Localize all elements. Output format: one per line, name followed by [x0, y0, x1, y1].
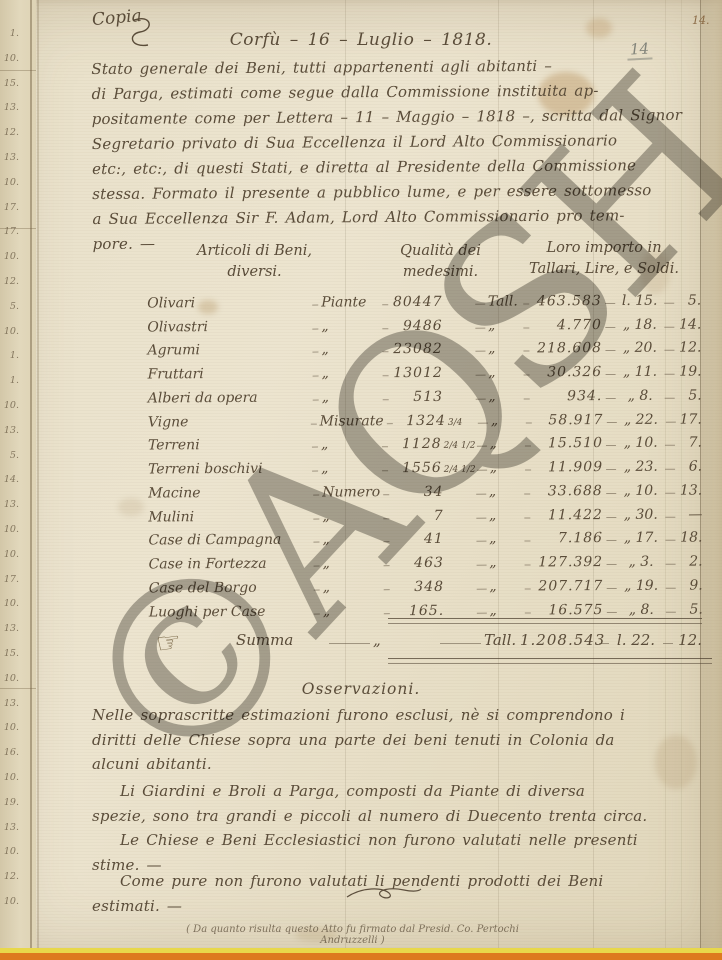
leader-line — [605, 374, 615, 375]
quantity-fraction — [443, 309, 472, 312]
margin-number: 10. — [0, 326, 22, 351]
table-row: Terreni „ 11282/4 1/2 „ 15.510 „ 10. 7. — [148, 429, 702, 456]
quantity-fraction — [444, 570, 473, 573]
table-row: Vigne Misurate 13243/4 „ 58.917 „ 22. 17… — [148, 405, 702, 432]
leader-line — [665, 326, 675, 327]
unit: „ — [322, 509, 380, 526]
currency-mark: „ — [488, 389, 521, 406]
margin-number: 17. — [0, 226, 22, 251]
unit: „ — [321, 461, 379, 478]
value-lire: „ 10. — [619, 484, 663, 501]
leader-line — [312, 447, 318, 448]
margin-number: 15. — [0, 78, 22, 103]
osservazioni-paragraph-2: Li Giardini e Broli a Parga, composti da… — [92, 782, 672, 831]
quantity: 34 — [392, 485, 443, 502]
leader-line — [666, 469, 676, 470]
margin-number: 1. — [0, 350, 22, 375]
preamble-text: Stato generale dei Beni, tutti appartene… — [91, 56, 670, 260]
value-tallari: 7.186 — [534, 531, 603, 548]
leader-line — [525, 564, 531, 565]
quantity-fraction — [444, 546, 473, 549]
value-soldi: 2. — [679, 555, 703, 572]
unit: „ — [321, 437, 379, 454]
margin-number: 5. — [0, 301, 22, 326]
value-soldi: 9. — [679, 578, 703, 595]
leader-line — [605, 303, 615, 304]
value-soldi: 19. — [678, 365, 702, 382]
leader-line — [383, 351, 389, 352]
leader-line — [525, 446, 531, 447]
currency-mark: „ — [491, 413, 523, 430]
summa-currency-mark: Tall. — [484, 633, 520, 651]
value-lire: „ 30. — [619, 507, 663, 524]
leader-line — [312, 328, 318, 329]
leader-line — [525, 588, 531, 589]
value-tallari: 463.583 — [533, 294, 602, 311]
margin-number: 10. — [0, 177, 22, 202]
unit: „ — [321, 342, 379, 359]
margin-number: 17. — [0, 202, 22, 227]
article-name: Case del Borgo — [149, 580, 311, 598]
page-right-edge — [700, 0, 722, 960]
value-soldi: 12. — [678, 341, 702, 358]
leader-line — [314, 542, 320, 543]
paragraph-line: Li Giardini e Broli a Parga, composti da… — [92, 782, 672, 807]
leader-line — [312, 304, 318, 305]
quantity-fraction — [443, 380, 472, 383]
currency-mark: „ — [490, 437, 523, 454]
leader-line — [383, 328, 389, 329]
quantity: 7 — [393, 508, 444, 525]
article-name: Agrumi — [147, 343, 309, 361]
paragraph-line: diritti delle Chiese sopra una parte dei… — [92, 731, 672, 756]
binding-line — [30, 0, 32, 960]
summa-row: Summa „ Tall. 1.208.543 l. 22. 12. — [148, 625, 702, 651]
column-header-articles: Articoli di Beni, diversi. — [152, 243, 357, 285]
unit: „ — [322, 390, 380, 407]
article-name: Macine — [148, 485, 310, 503]
value-lire: l. 15. — [618, 294, 662, 311]
leader-line — [476, 612, 486, 613]
leader-line — [313, 518, 319, 519]
margin-number: 10. — [0, 251, 22, 276]
value-tallari: 127.392 — [534, 555, 603, 572]
leader-line — [524, 303, 530, 304]
margin-number: 10. — [0, 524, 22, 549]
unit: „ — [321, 319, 379, 336]
document-title: Corfù – 16 – Luglio – 1818. — [0, 30, 722, 50]
margin-number: 17. — [0, 574, 22, 599]
margin-number: 13. — [0, 698, 22, 723]
leader-line — [476, 517, 486, 518]
page-number-ink: 14. — [692, 14, 710, 27]
currency-mark: Tall. — [488, 294, 521, 311]
margin-number: 12. — [0, 127, 22, 152]
quantity-fraction: 3/4 — [446, 418, 475, 430]
margin-numbers: 1.10.15.13.12.13.10.17.17.10.12.5.10.1.1… — [0, 28, 22, 921]
quantity: 1128 — [391, 437, 442, 454]
currency-mark: „ — [489, 579, 522, 596]
value-lire: „ 18. — [618, 317, 662, 334]
quantity-fraction — [443, 404, 472, 407]
table-row: Mulini „ 7 „ 11.422 „ 30. — — [148, 500, 702, 527]
leader-line — [666, 492, 676, 493]
table-row: Macine Numero 34 „ 33.688 „ 10. 13. — [148, 477, 702, 504]
quantity: 80447 — [391, 295, 442, 312]
unit: Misurate — [320, 414, 384, 431]
unit: Piante — [321, 295, 379, 312]
header-line: medesimi. — [378, 264, 503, 285]
margin-number: 19. — [0, 797, 22, 822]
quantity: 13012 — [392, 366, 443, 383]
leader-line — [312, 471, 318, 472]
value-tallari: 11.909 — [534, 460, 603, 477]
article-name: Case in Fortezza — [149, 557, 311, 575]
sum-rule-top — [388, 618, 702, 624]
goods-table: Olivari Piante 80447 Tall. 463.583 l. 15… — [147, 287, 703, 622]
table-row: Case del Borgo „ 348 „ 207.717 „ 19. 9. — [149, 572, 703, 599]
unit: „ — [323, 556, 381, 573]
leader-line — [524, 351, 530, 352]
article-name: Luoghi per Case — [149, 604, 311, 622]
leader-line — [476, 565, 486, 566]
leader-line — [313, 352, 319, 353]
currency-mark: „ — [490, 460, 523, 477]
leader-line — [665, 421, 675, 422]
currency-mark: „ — [488, 365, 521, 382]
binding-line-2 — [37, 0, 39, 960]
quantity: 1556 — [391, 461, 442, 478]
leader-line — [313, 376, 319, 377]
leader-line — [606, 469, 616, 470]
article-name: Alberi da opera — [148, 390, 310, 408]
quantity-fraction — [444, 499, 473, 502]
value-tallari: 11.422 — [534, 508, 603, 525]
value-soldi: 13. — [678, 483, 702, 500]
paragraph-line: spezie, sono tra grandi e piccoli al num… — [92, 807, 672, 832]
leader-line — [605, 327, 615, 328]
currency-mark: „ — [488, 342, 521, 359]
closing-flourish — [344, 884, 424, 904]
leader-line — [475, 375, 485, 376]
article-name: Fruttari — [148, 367, 310, 385]
leader-line — [477, 446, 487, 447]
leader-line — [476, 493, 486, 494]
value-soldi: 7. — [678, 436, 702, 453]
value-lire: „ 3. — [619, 555, 663, 572]
paragraph-line: Le Chiese e Beni Ecclesiastici non furon… — [92, 831, 672, 856]
table-row: Terreni boschivi „ 15562/4 1/2 „ 11.909 … — [148, 453, 702, 480]
table-row: Agrumi „ 23082 „ 218.608 „ 20. 12. — [147, 334, 701, 361]
margin-number: 10. — [0, 896, 22, 921]
quantity: 463 — [393, 556, 444, 573]
leader-line — [525, 493, 531, 494]
leader-line — [387, 423, 393, 424]
margin-number: 14. — [0, 474, 22, 499]
pencil-footnote: ( Da quanto risulta questo Atto fu firma… — [180, 924, 525, 946]
leader-line — [665, 445, 675, 446]
quantity-fraction: 2/4 1/2 — [442, 466, 474, 478]
leader-line — [606, 564, 616, 565]
value-tallari: 58.917 — [535, 413, 603, 430]
article-name: Mulini — [148, 509, 310, 527]
table-row: Olivari Piante 80447 Tall. 463.583 l. 15… — [147, 287, 701, 314]
summa-value-soldi: 12. — [676, 633, 702, 651]
value-soldi: 6. — [679, 460, 703, 477]
margin-number: 10. — [0, 549, 22, 574]
value-lire: „ 22. — [619, 412, 662, 429]
unit: „ — [323, 580, 381, 597]
osservazioni-heading: Osservazioni. — [0, 680, 722, 698]
leader-line — [606, 611, 616, 612]
value-soldi: 18. — [679, 531, 703, 548]
leader-line — [666, 516, 676, 517]
leader-line — [475, 303, 485, 304]
leader-line — [525, 612, 531, 613]
quantity-fraction: 2/4 1/2 — [442, 442, 474, 454]
margin-number: 10. — [0, 772, 22, 797]
leader-line — [384, 565, 390, 566]
leader-line — [477, 470, 487, 471]
value-soldi: — — [679, 507, 703, 524]
leader-line — [606, 540, 616, 541]
margin-number: 15. — [0, 648, 22, 673]
leader-line — [666, 611, 676, 612]
unit: „ — [322, 532, 380, 549]
value-lire: „ 8. — [619, 602, 663, 619]
leader-line — [314, 613, 320, 614]
margin-number: 13. — [0, 102, 22, 127]
article-name: Olivastri — [147, 319, 309, 337]
margin-number: 10. — [0, 400, 22, 425]
header-line: Loro importo in — [505, 240, 703, 261]
leader-line — [525, 517, 531, 518]
quantity-fraction — [443, 356, 472, 359]
leader-line — [475, 398, 485, 399]
leader-line — [329, 643, 370, 644]
article-name: Terreni — [148, 438, 309, 456]
leader-line — [476, 541, 486, 542]
leader-line — [475, 327, 485, 328]
leader-line — [440, 643, 481, 644]
leader-line — [526, 422, 532, 423]
leader-line — [524, 374, 530, 375]
unit: „ — [323, 604, 381, 621]
unit: „ — [322, 366, 380, 383]
leader-line — [382, 470, 388, 471]
leader-line — [383, 304, 389, 305]
value-soldi: 17. — [678, 412, 701, 429]
value-lire: „ 20. — [618, 341, 662, 358]
value-soldi: 5. — [677, 293, 701, 310]
currency-mark: „ — [489, 508, 522, 525]
summa-value-tallari: 1.208.543 — [520, 633, 596, 651]
leader-line — [311, 423, 317, 424]
leader-line — [524, 398, 530, 399]
leader-line — [383, 399, 389, 400]
leader-line — [476, 588, 486, 589]
value-tallari: 15.510 — [534, 436, 603, 453]
value-lire: „ 17. — [619, 531, 663, 548]
quantity-fraction — [443, 332, 472, 335]
leader-line — [606, 588, 616, 589]
margin-number: 13. — [0, 425, 22, 450]
leader-line — [666, 587, 676, 588]
margin-number: 13. — [0, 623, 22, 648]
value-soldi: 14. — [678, 317, 702, 334]
osservazioni-paragraph-1: Nelle soprascritte estimazioni furono es… — [92, 706, 672, 780]
manuscript-page: 1.10.15.13.12.13.10.17.17.10.12.5.10.1.1… — [0, 0, 722, 960]
value-lire: „ 23. — [619, 460, 663, 477]
value-soldi: 5. — [679, 602, 703, 619]
paragraph-line: alcuni abitanti. — [92, 755, 672, 780]
quantity: 513 — [392, 390, 443, 407]
ink-stain — [118, 498, 144, 516]
table-row: Case di Campagna „ 41 „ 7.186 „ 17. 18. — [148, 524, 702, 551]
article-name: Case di Campagna — [148, 533, 310, 551]
leader-line — [314, 566, 320, 567]
summa-value-lire: l. 22. — [612, 633, 660, 651]
margin-number: 5. — [0, 450, 22, 475]
leader-line — [605, 398, 615, 399]
value-tallari: 934. — [533, 389, 602, 406]
leader-line — [606, 517, 616, 518]
leader-line — [314, 589, 320, 590]
margin-number: 10. — [0, 53, 22, 78]
table-row: Fruttari „ 13012 „ 30.326 „ 11. 19. — [148, 358, 702, 385]
value-lire: „ 11. — [618, 365, 662, 382]
leader-line — [599, 643, 609, 644]
leader-line — [665, 302, 675, 303]
currency-mark: „ — [489, 532, 522, 549]
leader-line — [525, 541, 531, 542]
quantity: 348 — [393, 580, 444, 597]
leader-line — [606, 445, 616, 446]
margin-number: 10. — [0, 598, 22, 623]
leader-line — [525, 469, 531, 470]
quantity: 23082 — [392, 342, 443, 359]
value-soldi: 5. — [678, 388, 702, 405]
leader-line — [606, 493, 616, 494]
summa-unit: „ — [373, 633, 437, 651]
leader-line — [665, 397, 675, 398]
leader-line — [313, 494, 319, 495]
leader-line — [666, 540, 676, 541]
paragraph-line: Nelle soprascritte estimazioni furono es… — [92, 706, 672, 731]
margin-number: 12. — [0, 871, 22, 896]
leader-line — [666, 564, 676, 565]
leader-line — [665, 374, 675, 375]
table-row: Alberi da opera „ 513 „ 934. „ 8. 5. — [148, 382, 702, 409]
quantity: 1324 — [396, 413, 446, 430]
value-lire: „ 10. — [619, 436, 663, 453]
header-line: Qualità dei — [378, 243, 503, 264]
leader-line — [665, 350, 675, 351]
quantity: 9486 — [392, 318, 443, 335]
value-lire: „ 8. — [618, 389, 662, 406]
quantity: 41 — [393, 532, 444, 549]
column-header-value: Loro importo in Tallari, Lire, e Soldi. — [505, 240, 703, 282]
leader-line — [605, 350, 615, 351]
leader-line — [384, 541, 390, 542]
quantity-fraction — [444, 522, 473, 525]
margin-number: 13. — [0, 822, 22, 847]
table-row: Case in Fortezza „ 463 „ 127.392 „ 3. 2. — [149, 548, 703, 575]
header-line: Articoli di Beni, — [152, 243, 357, 264]
margin-number: 10. — [0, 846, 22, 871]
leader-line — [384, 613, 390, 614]
value-lire: „ 19. — [619, 579, 663, 596]
leader-line — [384, 494, 390, 495]
article-name: Olivari — [147, 295, 309, 313]
leader-line — [384, 589, 390, 590]
article-name: Terreni boschivi — [148, 462, 309, 480]
leader-line — [524, 327, 530, 328]
leader-line — [382, 446, 388, 447]
margin-number: 13. — [0, 152, 22, 177]
margin-number: 16. — [0, 747, 22, 772]
leader-line — [475, 351, 485, 352]
quantity-fraction — [444, 593, 473, 596]
margin-number: 10. — [0, 722, 22, 747]
leader-line — [313, 399, 319, 400]
header-line: Tallari, Lire, e Soldi. — [505, 261, 703, 282]
leader-line — [384, 518, 390, 519]
leader-line — [478, 422, 488, 423]
summa-label: Summa — [148, 633, 326, 651]
leader-line — [606, 421, 616, 422]
sum-rule-bottom — [388, 658, 712, 664]
margin-number: 13. — [0, 499, 22, 524]
table-row: Olivastri „ 9486 „ 4.770 „ 18. 14. — [147, 310, 701, 337]
value-tallari: 33.688 — [534, 484, 603, 501]
leader-line — [383, 375, 389, 376]
margin-number: 1. — [0, 375, 22, 400]
header-line: diversi. — [152, 264, 357, 285]
value-tallari: 30.326 — [533, 365, 602, 382]
leader-line — [663, 643, 673, 644]
value-tallari: 207.717 — [534, 579, 603, 596]
article-name: Vigne — [148, 414, 308, 432]
value-tallari: 218.608 — [533, 341, 602, 358]
currency-mark: „ — [488, 318, 521, 335]
value-tallari: 4.770 — [533, 318, 602, 335]
currency-mark: „ — [489, 484, 522, 501]
bottom-orange-strip — [0, 953, 722, 960]
margin-number: 12. — [0, 276, 22, 301]
currency-mark: „ — [489, 555, 522, 572]
unit: Numero — [322, 485, 380, 502]
column-header-quantity: Qualità dei medesimi. — [378, 243, 503, 285]
